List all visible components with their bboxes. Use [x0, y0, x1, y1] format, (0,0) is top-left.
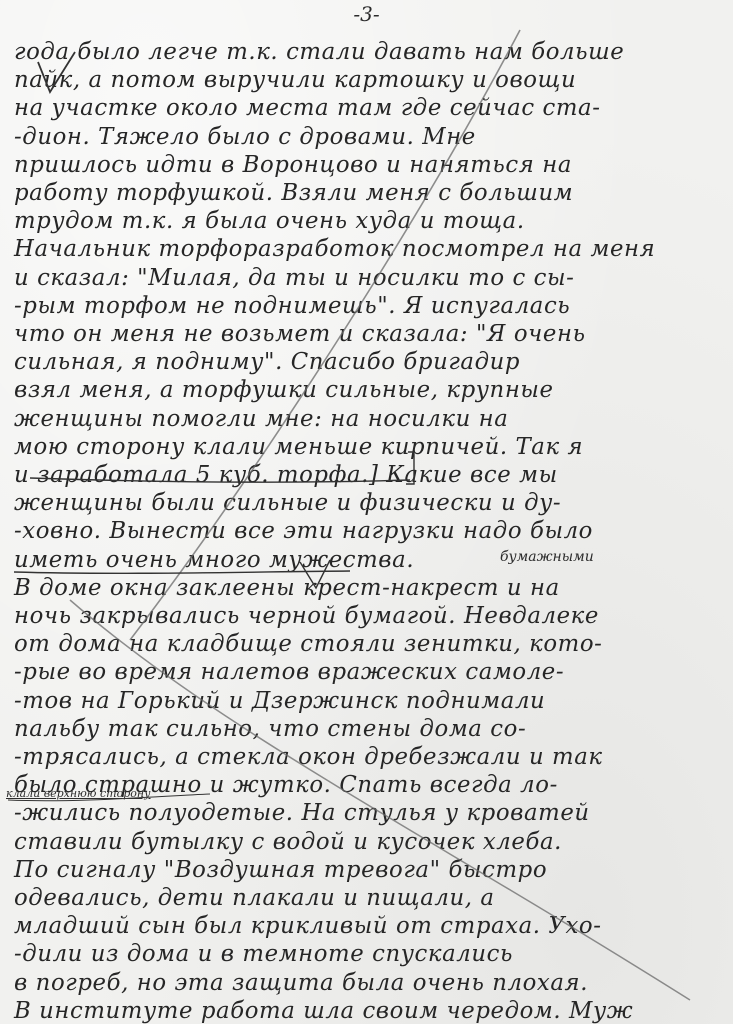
manuscript-page: -3- года было легче т.к. стали давать на… — [0, 0, 733, 1024]
handwritten-line: работу торфушкой. Взяли меня с большим — [14, 178, 719, 208]
handwritten-line: от дома на кладбище стояли зенитки, кото… — [14, 629, 719, 659]
handwritten-line: женщины помогли мне: на носилки на — [14, 404, 719, 434]
handwritten-line: По сигналу "Воздушная тревога" быстро — [14, 855, 719, 885]
handwritten-line: и заработала 5 куб. торфа.] Какие все мы — [14, 460, 719, 490]
handwritten-line: ночь закрывались черной бумагой. Невдале… — [14, 601, 719, 631]
handwritten-line: -рые во время налетов вражеских самоле- — [14, 657, 719, 687]
handwritten-line: -дили из дома и в темноте спускались — [14, 939, 719, 969]
interlinear-insertion: бумажными — [500, 549, 594, 565]
handwritten-line: -дион. Тяжело было с дровами. Мне — [14, 122, 719, 152]
handwritten-line: что он меня не возьмет и сказала: "Я оче… — [14, 319, 719, 349]
handwritten-line: года было легче т.к. стали давать нам бо… — [14, 37, 719, 67]
handwritten-line: в погреб, но эта защита была очень плоха… — [14, 968, 719, 998]
handwritten-line: мою сторону клали меньше кирпичей. Так я — [14, 432, 719, 462]
handwritten-line: пайк, а потом выручили картошку и овощи — [14, 65, 719, 95]
handwritten-line: В доме окна заклеены крест-накрест и на — [14, 573, 719, 603]
handwritten-line: одевались, дети плакали и пищали, а — [14, 883, 719, 913]
handwritten-line: иметь очень много мужества. — [14, 545, 719, 575]
handwritten-line: -рым торфом не поднимешь". Я испугалась — [14, 291, 719, 321]
handwritten-line: -ховно. Вынести все эти нагрузки надо бы… — [14, 516, 719, 546]
handwritten-line: -трясались, а стекла окон дребезжали и т… — [14, 742, 719, 772]
handwritten-line: В институте работа шла своим чередом. Му… — [14, 996, 719, 1024]
handwritten-line: Начальник торфоразработок посмотрел на м… — [14, 234, 719, 264]
margin-insertion: клали верхнюю сторону — [6, 787, 151, 800]
handwritten-line: младший сын был крикливый от страха. Ухо… — [14, 911, 719, 941]
handwritten-line: ставили бутылку с водой и кусочек хлеба. — [14, 827, 719, 857]
handwritten-text-block: года было легче т.к. стали давать нам бо… — [0, 0, 733, 1024]
handwritten-line: трудом т.к. я была очень худа и тоща. — [14, 206, 719, 236]
handwritten-line: -жились полуодетые. На стулья у кроватей — [14, 798, 719, 828]
handwritten-line: сильная, я подниму". Спасибо бригадир — [14, 347, 719, 377]
handwritten-line: женщины были сильные и физически и ду- — [14, 488, 719, 518]
handwritten-line: и сказал: "Милая, да ты и носилки то с с… — [14, 263, 719, 293]
handwritten-line: на участке около места там где сейчас ст… — [14, 93, 719, 123]
handwritten-line: пришлось идти в Воронцово и наняться на — [14, 150, 719, 180]
handwritten-line: -тов на Горький и Дзержинск поднимали — [14, 686, 719, 716]
handwritten-line: пальбу так сильно, что стены дома со- — [14, 714, 719, 744]
handwritten-line: взял меня, а торфушки сильные, крупные — [14, 375, 719, 405]
